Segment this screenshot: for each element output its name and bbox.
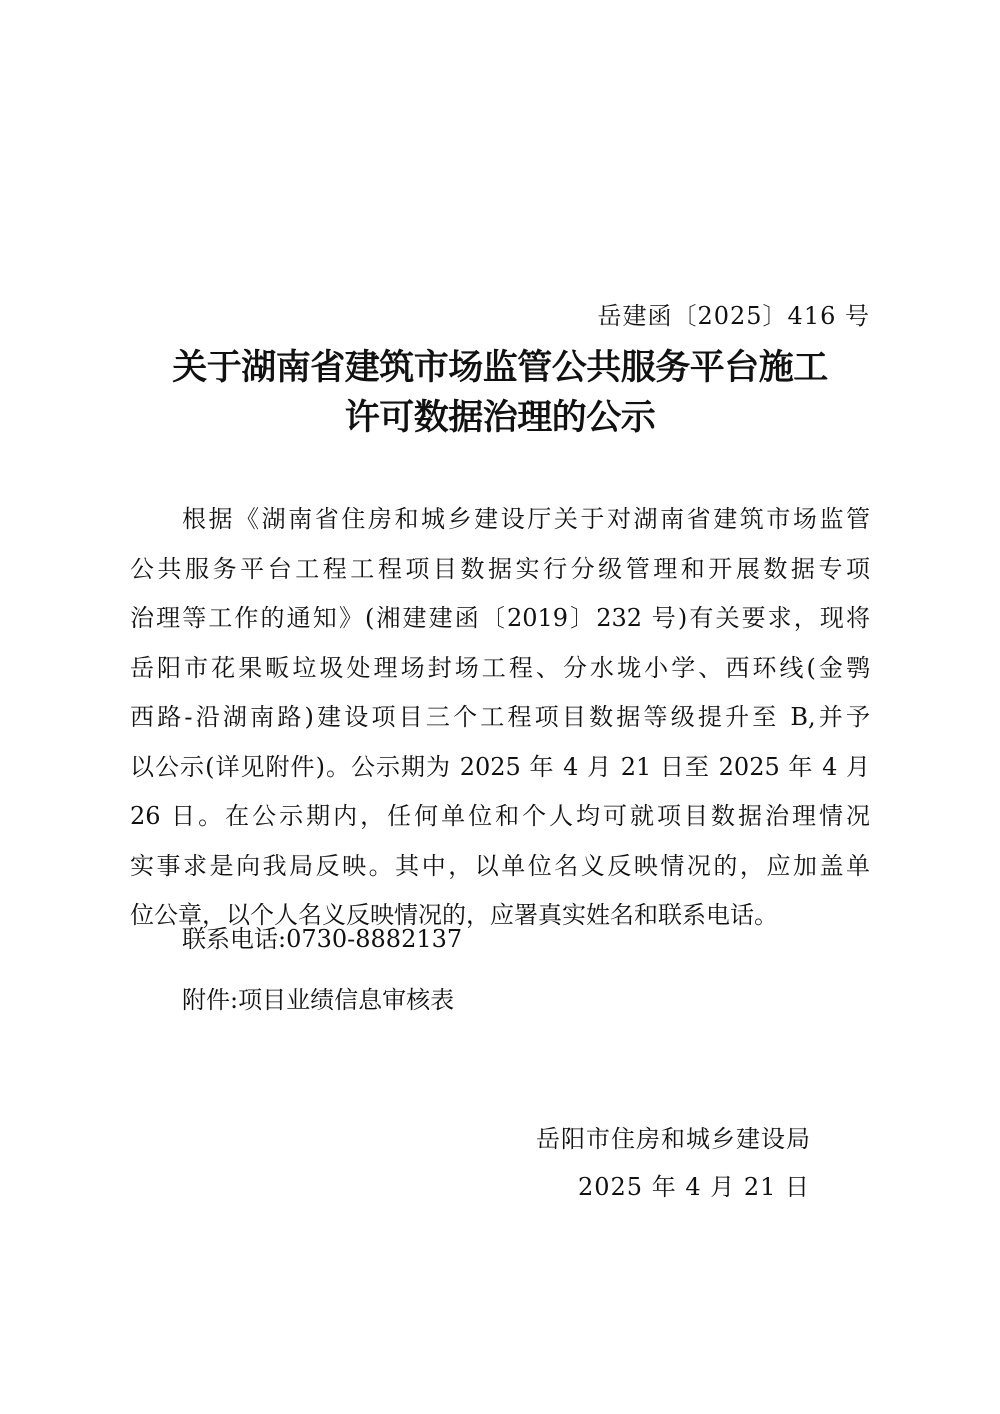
document-title: 关于湖南省建筑市场监管公共服务平台施工 许可数据治理的公示	[100, 343, 900, 443]
body-line: 公共服务平台工程工程项目数据实行分级管理和开展数据专项	[130, 545, 870, 595]
attachment-note: 附件:项目业绩信息审核表	[182, 978, 454, 1022]
contact-phone: 联系电话:0730-8882137	[182, 917, 462, 961]
document-number: 岳建函〔2025〕416 号	[597, 296, 870, 336]
issue-date: 2025 年 4 月 21 日	[578, 1165, 810, 1209]
document-body: 根据《湖南省住房和城乡建设厅关于对湖南省建筑市场监管 公共服务平台工程工程项目数…	[130, 495, 870, 941]
document-page: 岳建函〔2025〕416 号 关于湖南省建筑市场监管公共服务平台施工 许可数据治…	[0, 0, 1000, 1414]
body-line: 西路-沿湖南路)建设项目三个工程项目数据等级提升至 B,并予	[130, 693, 870, 743]
body-line: 以公示(详见附件)。公示期为 2025 年 4 月 21 日至 2025 年 4…	[130, 743, 870, 793]
body-line: 根据《湖南省住房和城乡建设厅关于对湖南省建筑市场监管	[130, 495, 870, 545]
title-line-1: 关于湖南省建筑市场监管公共服务平台施工	[100, 343, 900, 393]
body-line: 治理等工作的通知》(湘建建函〔2019〕232 号)有关要求，现将	[130, 594, 870, 644]
body-line: 实事求是向我局反映。其中，以单位名义反映情况的，应加盖单	[130, 842, 870, 892]
body-line: 岳阳市花果畈垃圾处理场封场工程、分水垅小学、西环线(金鹗	[130, 644, 870, 694]
issuer-signature: 岳阳市住房和城乡建设局	[536, 1117, 811, 1161]
title-line-2: 许可数据治理的公示	[100, 393, 900, 443]
body-line: 26 日。在公示期内，任何单位和个人均可就项目数据治理情况	[130, 792, 870, 842]
